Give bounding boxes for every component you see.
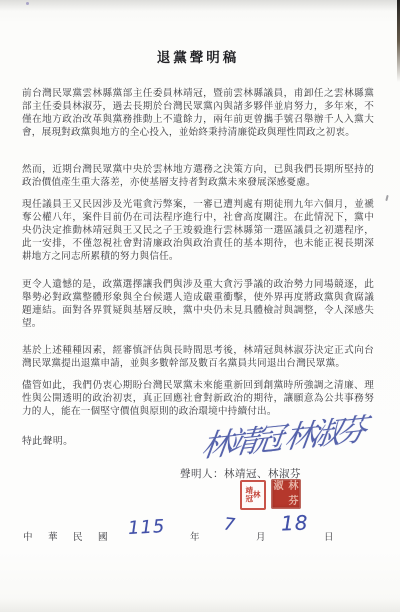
scan-shadow-bottom [0, 598, 400, 612]
paragraph-decision: 基於上述種種因素，經審慎評估與長時間思考後，林靖冠與林淑芬決定正式向台灣民眾黨提… [22, 344, 374, 370]
seal-column: 靖 冠 [246, 487, 254, 503]
day-label: 日 [324, 529, 334, 543]
seal-char: 林 [253, 491, 261, 499]
handwritten-month: 7 [223, 514, 236, 535]
scan-shadow-top [0, 0, 400, 11]
seal-char: 冠 [246, 495, 254, 503]
paragraph-concern: 然而，近期台灣民眾黨中央於雲林地方選務之決策方向，已與我們長期所堅持的政治價值產… [22, 163, 374, 189]
closing-statement: 特此聲明。 [22, 433, 73, 447]
red-seal-stamp-lin-jing-guan: 林 靖 冠 [240, 480, 266, 510]
year-label: 年 [190, 529, 200, 543]
seal-char: 芬 [289, 497, 299, 507]
document-title: 退黨聲明稿 [22, 46, 374, 66]
seal-char: 淑 [274, 482, 284, 492]
paragraph-intro: 前台灣民眾黨雲林縣黨部主任委員林靖冠，暨前雲林縣議員，甫卸任之雲林縣黨部主任委員… [22, 87, 374, 139]
blue-speck-artifact [26, 2, 29, 5]
month-label: 月 [256, 529, 266, 543]
seal-column: 林 [253, 491, 261, 499]
seal-char: 林 [289, 482, 299, 492]
ink-speck-artifact [385, 195, 388, 201]
handwritten-day: 18 [281, 511, 309, 536]
paragraph-regret: 更令人遺憾的是，政黨選擇讓我們與涉及重大貪污爭議的政治勢力同場競逐，此舉勢必對政… [22, 278, 374, 330]
paragraph-case-details: 現任議員王又民因涉及光電貪污弊案，一審已遭判處有期徒刑九年六個月，並褫奪公權八年… [22, 198, 374, 263]
red-seal-stamp-lin-shu-fen: 林 淑 芬 [271, 479, 301, 509]
date-era-label: 中華民國 [23, 529, 123, 543]
scanned-document-page: 退黨聲明稿 前台灣民眾黨雲林縣黨部主任委員林靖冠，暨前雲林縣議員，甫卸任之雲林縣… [0, 0, 400, 612]
handwritten-year: 115 [127, 516, 165, 539]
